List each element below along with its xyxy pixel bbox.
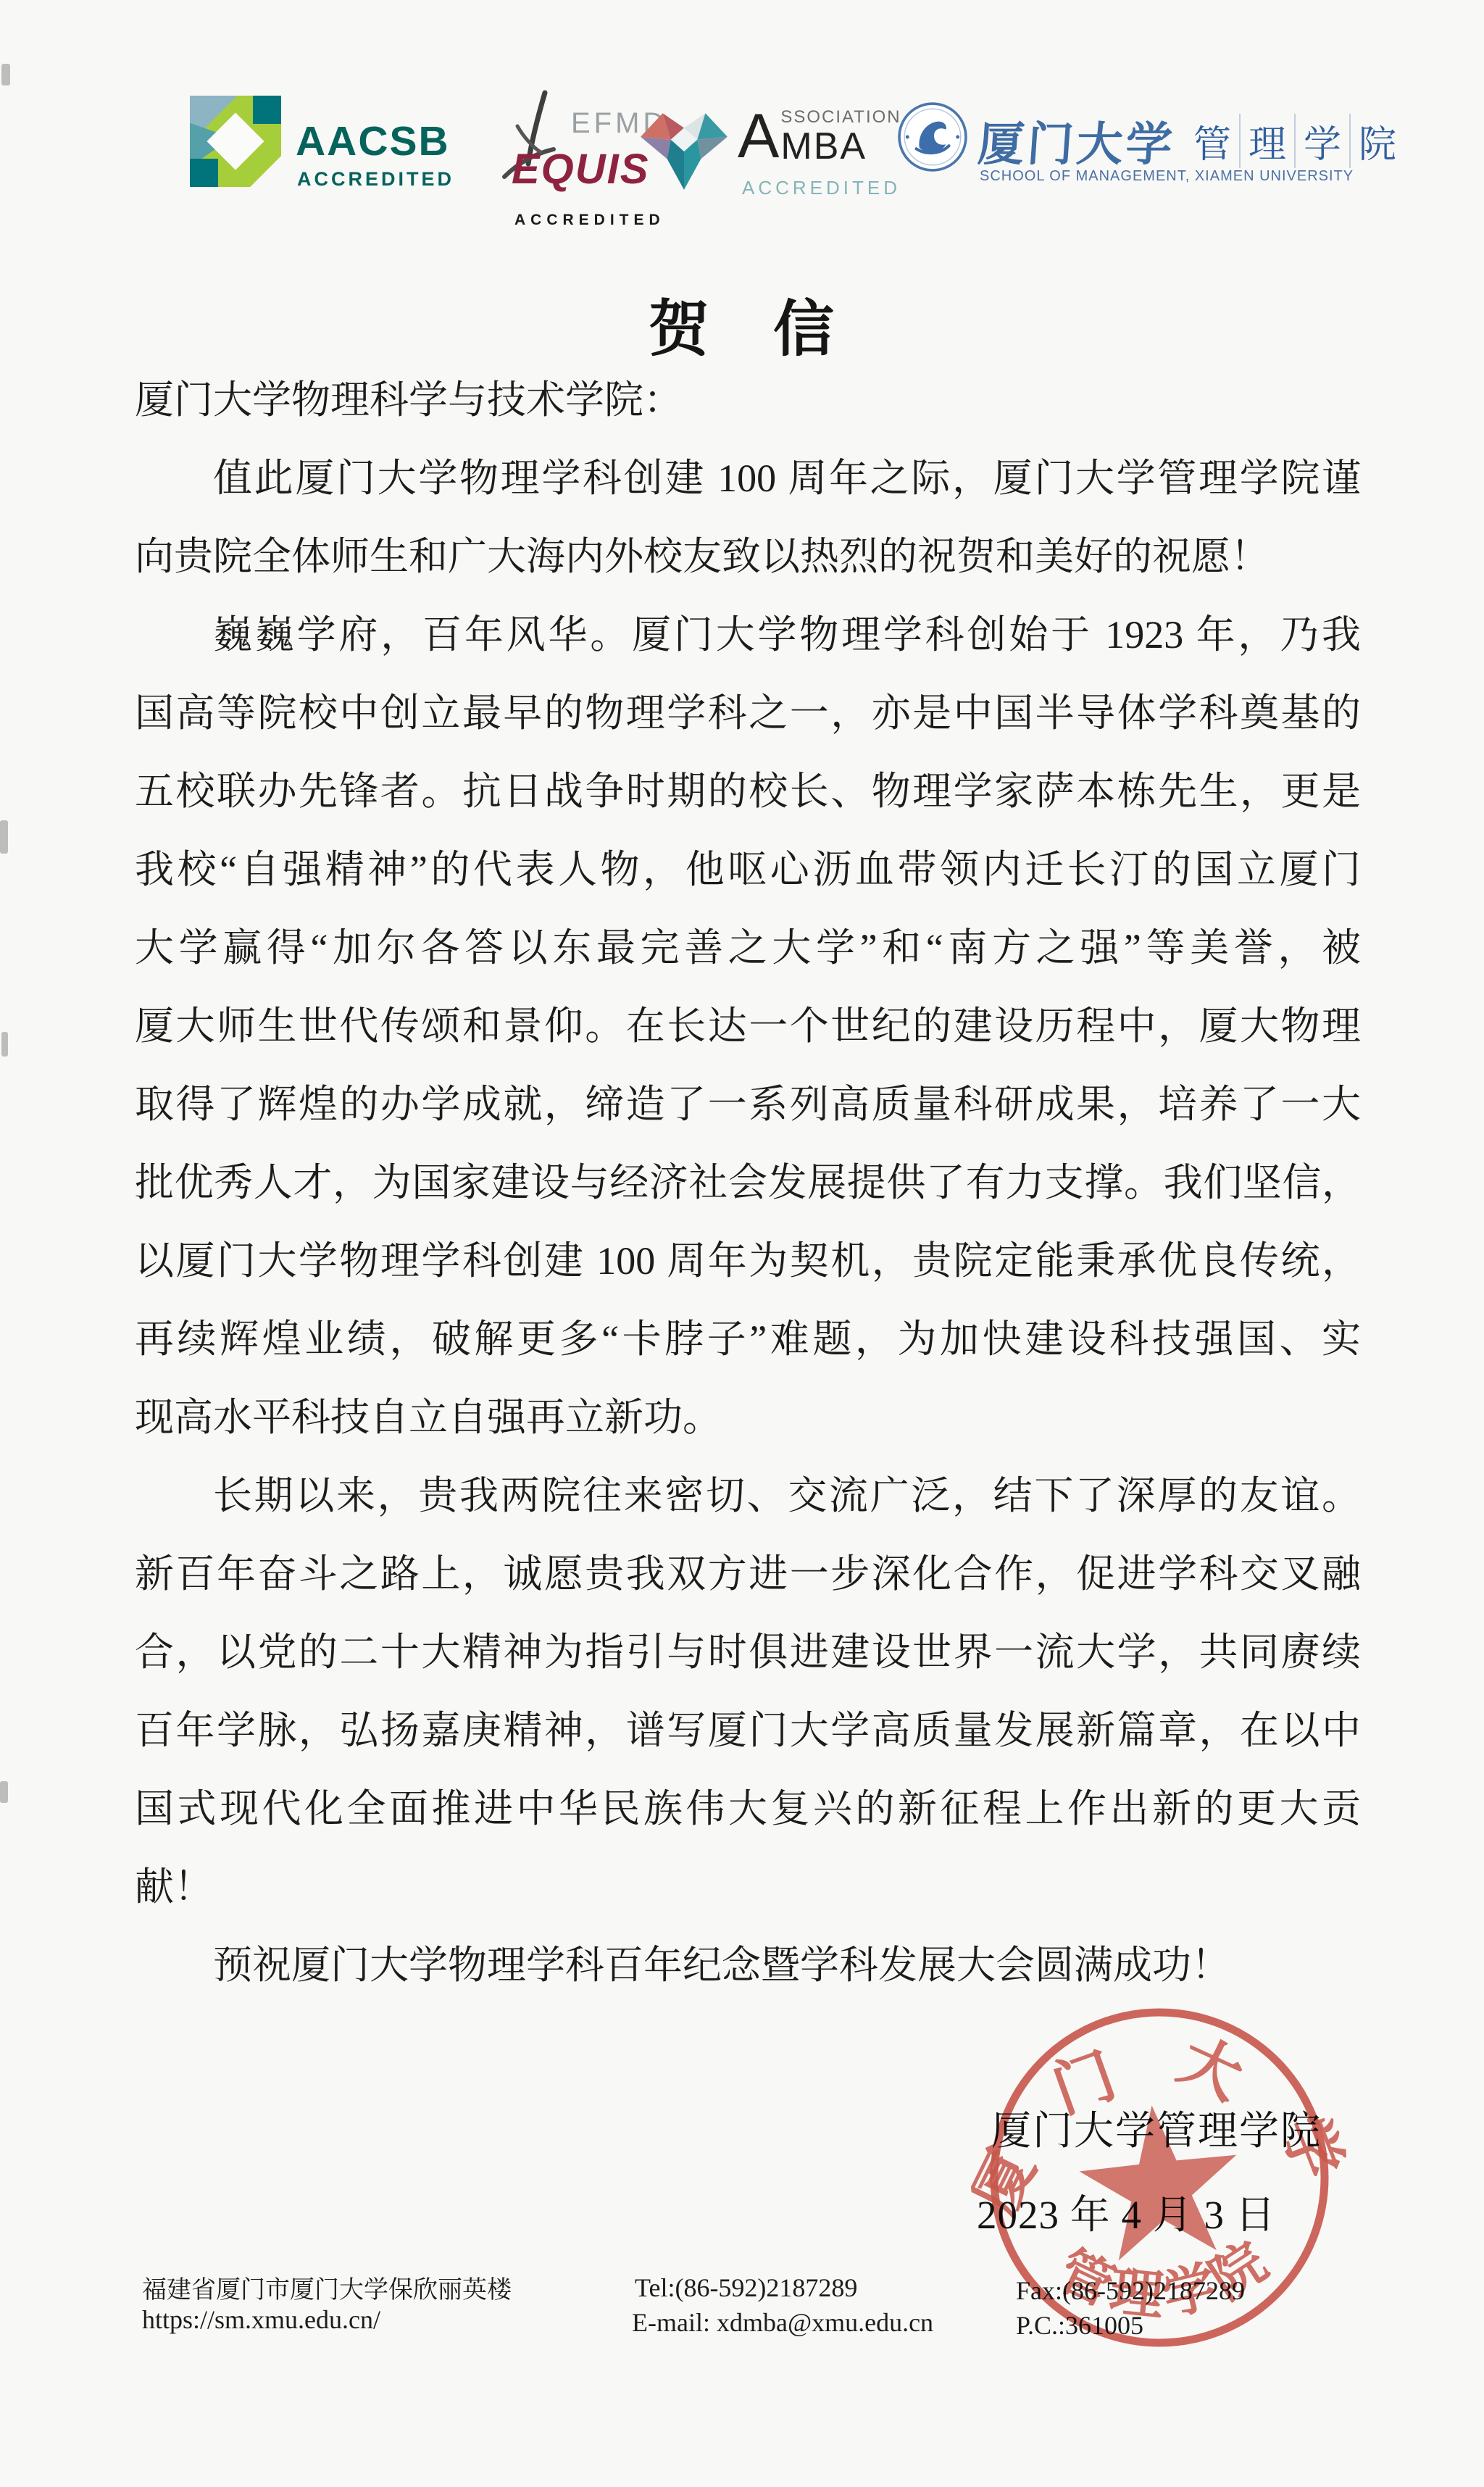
scan-artifact: [1, 64, 10, 86]
aacsb-logo-icon: [190, 96, 281, 187]
body-line: 再续辉煌业绩，破解更多“卡脖子”难题，为加快建设科技强国、实: [135, 1300, 1361, 1378]
aacsb-accredited-label: ACCREDITED: [297, 168, 454, 191]
xmu-department-name: 管理学院: [1185, 114, 1404, 168]
body-line: 长期以来，贵我两院往来密切、交流广泛，结下了深厚的友谊。: [135, 1457, 1361, 1535]
xmu-logo-text: 厦门大学 管理学院: [978, 107, 1404, 174]
footer-email: E-mail: xdmba@xmu.edu.cn: [632, 2307, 933, 2338]
body-line: 大学赢得“加尔各答以东最完善之大学”和“南方之强”等美誉，被: [135, 909, 1361, 987]
xmu-department-char: 学: [1294, 114, 1349, 168]
letter-title: 贺 信: [0, 294, 1484, 367]
aacsb-logo-text: AACSB: [296, 117, 450, 165]
body-line: 国式现代化全面推进中华民族伟大复兴的新征程上作出新的更大贡: [135, 1770, 1361, 1848]
scanned-letter-page: AACSB ACCREDITED EFMD EQUIS ACCREDITED A…: [0, 0, 1484, 2487]
xmu-emblem-icon: [897, 101, 968, 172]
xmu-department-char: 院: [1349, 114, 1404, 168]
xmu-department-char: 管: [1185, 114, 1239, 168]
xmu-department-char: 理: [1239, 114, 1294, 168]
body-line: 五校联办先锋者。抗日战争时期的校长、物理学家萨本栋先生，更是: [135, 752, 1361, 830]
seal-star: [1073, 2097, 1246, 2264]
body-line: 值此厦门大学物理学科创建 100 周年之际，厦门大学管理学院谨: [135, 439, 1361, 517]
body-line: 向贵院全体师生和广大海内外校友致以热烈的祝贺和美好的祝愿！: [135, 517, 1361, 596]
scan-artifact: [1, 1032, 8, 1057]
body-line: 厦大师生世代传颂和景仰。在长达一个世纪的建设历程中，厦大物理: [135, 987, 1361, 1065]
amba-association-label: SSOCIATION: [780, 107, 901, 128]
amba-diamond-icon: [636, 106, 732, 193]
body-line: 以厦门大学物理学科创建 100 周年为契机，贵院定能秉承优良传统，: [135, 1222, 1361, 1300]
body-line: 取得了辉煌的办学成就，缔造了一系列高质量科研成果，培养了一大: [135, 1065, 1361, 1143]
xmu-english-caption: SCHOOL OF MANAGEMENT, XIAMEN UNIVERSITY: [980, 168, 1354, 185]
body-line: 巍巍学府，百年风华。厦门大学物理学科创始于 1923 年，乃我: [135, 596, 1361, 674]
equis-accredited-label: ACCREDITED: [514, 212, 665, 229]
scan-artifact: [0, 820, 8, 854]
body-line: 国高等院校中创立最早的物理学科之一，亦是中国半导体学科奠基的: [135, 674, 1361, 752]
equis-logo-text: EQUIS: [512, 145, 650, 193]
footer-website: https://sm.xmu.edu.cn/: [142, 2304, 380, 2335]
body-line: 新百年奋斗之路上，诚愿贵我双方进一步深化合作，促进学科交叉融: [135, 1535, 1361, 1613]
body-line: 百年学脉，弘扬嘉庚精神，谱写厦门大学高质量发展新篇章，在以中: [135, 1691, 1361, 1770]
amba-logo-text: A SSOCIATION MBA: [738, 107, 901, 165]
letter-body: 厦门大学物理科学与技术学院： 值此厦门大学物理学科创建 100 周年之际，厦门大…: [135, 361, 1361, 2004]
amba-mba-label: MBA: [780, 128, 901, 165]
salutation: 厦门大学物理科学与技术学院：: [135, 361, 1361, 439]
body-line: 我校“自强精神”的代表人物，他呕心沥血带领内迁长汀的国立厦门: [135, 830, 1361, 909]
xmu-university-name: 厦门大学: [976, 107, 1177, 174]
amba-big-a: A: [738, 107, 779, 165]
body-line: 献！: [135, 1848, 1361, 1926]
footer-telephone: Tel:(86-592)2187289: [635, 2273, 857, 2303]
amba-accredited-label: ACCREDITED: [742, 177, 901, 199]
body-line: 现高水平科技自立自强再立新功。: [135, 1378, 1361, 1457]
body-line: 批优秀人才，为国家建设与经济社会发展提供了有力支撑。我们坚信，: [135, 1143, 1361, 1222]
scan-artifact: [0, 1781, 8, 1803]
body-line: 合，以党的二十大精神为指引与时俱进建设世界一流大学，共同赓续: [135, 1613, 1361, 1691]
official-red-seal: 厦门大学 管理学院: [952, 1970, 1367, 2385]
footer-address: 福建省厦门市厦门大学保欣丽英楼: [142, 2270, 512, 2305]
